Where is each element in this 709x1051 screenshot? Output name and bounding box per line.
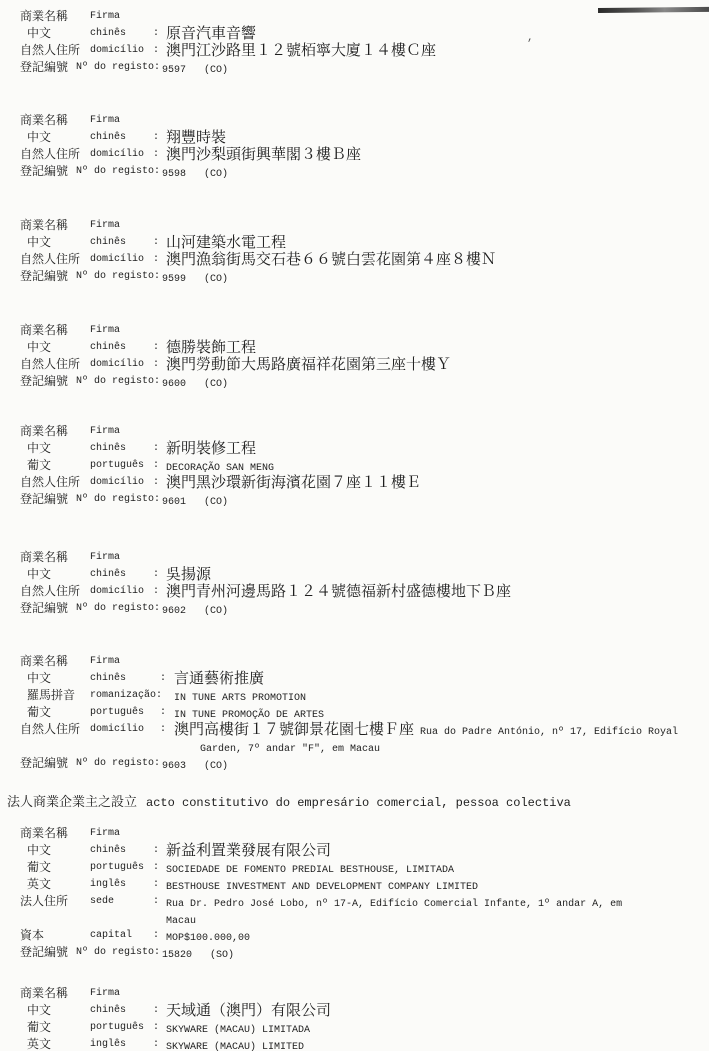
- field-label-zh: 中文: [27, 340, 51, 355]
- field-row: 中文chinês:原音汽車音響: [0, 25, 709, 42]
- field-row: 法人住所sede:Rua Dr. Pedro José Lobo, nº 17-…: [0, 893, 709, 910]
- field-value: 澳門黑沙環新街海濱花園７座１１樓Ｅ: [166, 474, 421, 491]
- field-label-pt: chinês: [90, 237, 126, 249]
- field-row: 中文chinês:言通藝術推廣: [0, 670, 709, 687]
- field-label-zh: 自然人住所: [20, 252, 80, 267]
- field-value-latin: 9599 (CO): [162, 274, 228, 285]
- field-value-chinese: 澳門勞動節大馬路廣福祥花園第三座十樓Ｙ: [166, 356, 451, 373]
- field-label-zh: 登記編號: [20, 601, 68, 616]
- record-9600: 商業名稱Firma中文chinês:德勝裝飾工程自然人住所domicílio:澳…: [0, 322, 709, 390]
- field-label-zh: 羅馬拼音: [27, 688, 75, 703]
- field-label-pt: Nº do registo:: [76, 603, 160, 615]
- field-row: 商業名稱Firma: [0, 653, 709, 670]
- record-skyware: 商業名稱Firma中文chinês:天域通（澳門）有限公司葡文português…: [0, 985, 709, 1051]
- field-value-chinese: 澳門江沙路里１２號栢寧大廈１４樓Ｃ座: [166, 42, 436, 59]
- field-value-latin: SKYWARE (MACAU) LIMITADA: [166, 1025, 310, 1036]
- field-label-zh: 葡文: [27, 705, 51, 720]
- field-label-zh: 登記編號: [20, 492, 68, 507]
- field-value: 15820 (SO): [162, 944, 234, 964]
- field-label-zh: 商業名稱: [20, 986, 68, 1001]
- field-label-pt: domicílio: [90, 254, 144, 266]
- field-label-zh: 葡文: [27, 860, 51, 875]
- field-value-latin: MOP$100.000,00: [166, 933, 250, 944]
- field-label-zh: 自然人住所: [20, 43, 80, 58]
- field-label-pt: Nº do registo:: [76, 758, 160, 770]
- field-row: 中文chinês:吳揚源: [0, 566, 709, 583]
- field-value-chinese: 澳門黑沙環新街海濱花園７座１１樓Ｅ: [166, 474, 421, 491]
- field-row: 商業名稱Firma: [0, 217, 709, 234]
- field-value: 原音汽車音響: [166, 25, 256, 42]
- separator-colon: :: [153, 1022, 159, 1034]
- record-9599: 商業名稱Firma中文chinês:山河建築水電工程自然人住所domicílio…: [0, 217, 709, 285]
- field-label-zh: 中文: [27, 567, 51, 582]
- separator-colon: :: [160, 724, 166, 736]
- field-row: 登記編號Nº do registo:9601 (CO): [0, 491, 709, 508]
- field-row: 商業名稱Firma: [0, 8, 709, 25]
- field-label-pt: Firma: [90, 656, 120, 668]
- field-label-pt: Nº do registo:: [76, 62, 160, 74]
- field-value-chinese: 德勝裝飾工程: [166, 339, 256, 356]
- field-label-pt: domicílio: [90, 359, 144, 371]
- field-row: 中文chinês:天域通（澳門）有限公司: [0, 1002, 709, 1019]
- field-label-zh: 英文: [27, 877, 51, 892]
- field-row: 資本capital:MOP$100.000,00: [0, 927, 709, 944]
- record-9597: 商業名稱Firma中文chinês:原音汽車音響自然人住所domicílio:澳…: [0, 8, 709, 76]
- field-value: 澳門青州河邊馬路１２４號德福新村盛德樓地下Ｂ座: [166, 583, 511, 600]
- field-label-pt: domicílio: [90, 149, 144, 161]
- field-row: 登記編號Nº do registo:9602 (CO): [0, 600, 709, 617]
- field-value-chinese: 翔豐時裝: [166, 129, 226, 146]
- separator-colon: :: [153, 132, 159, 144]
- field-value-latin: DECORAÇÃO SAN MENG: [166, 463, 274, 474]
- heading-label-pt: acto constitutivo do empresário comercia…: [146, 795, 571, 812]
- field-label-zh: 商業名稱: [20, 424, 68, 439]
- field-row: 英文inglês:BESTHOUSE INVESTMENT AND DEVELO…: [0, 876, 709, 893]
- field-value: 澳門江沙路里１２號栢寧大廈１４樓Ｃ座: [166, 42, 436, 59]
- field-label-zh: 自然人住所: [20, 357, 80, 372]
- field-row-continuation: Garden, 7º andar "F", em Macau: [0, 738, 709, 755]
- field-row: 登記編號Nº do registo:9600 (CO): [0, 373, 709, 390]
- field-row-continuation: Macau: [0, 910, 709, 927]
- field-row: 自然人住所domicílio:澳門勞動節大馬路廣福祥花園第三座十樓Ｙ: [0, 356, 709, 373]
- field-label-zh: 商業名稱: [20, 550, 68, 565]
- field-label-zh: 登記編號: [20, 945, 68, 960]
- field-label-pt: capital: [90, 930, 132, 942]
- field-row: 羅馬拼音romanização:IN TUNE ARTS PROMOTION: [0, 687, 709, 704]
- field-label-pt: domicílio: [90, 724, 144, 736]
- field-value: 天域通（澳門）有限公司: [166, 1002, 331, 1019]
- field-label-pt: Firma: [90, 988, 120, 1000]
- field-label-pt: domicílio: [90, 586, 144, 598]
- field-row: 自然人住所domicílio:澳門高樓街１７號御景花園七樓Ｆ座 Rua do P…: [0, 721, 709, 738]
- field-value-chinese: 原音汽車音響: [166, 25, 256, 42]
- separator-colon: :: [160, 707, 166, 719]
- field-value: 德勝裝飾工程: [166, 339, 256, 356]
- heading-label-zh: 法人商業企業主之設立: [7, 793, 137, 810]
- separator-colon: :: [153, 862, 159, 874]
- separator-colon: :: [153, 45, 159, 57]
- field-value: 9597 (CO): [162, 59, 228, 79]
- section-heading-pessoa-colectiva: 法人商業企業主之設立acto constitutivo do empresári…: [0, 793, 709, 810]
- field-label-zh: 商業名稱: [20, 9, 68, 24]
- field-label-zh: 自然人住所: [20, 584, 80, 599]
- field-row: 中文chinês:山河建築水電工程: [0, 234, 709, 251]
- separator-colon: :: [153, 930, 159, 942]
- record-9603: 商業名稱Firma中文chinês:言通藝術推廣羅馬拼音romanização:…: [0, 653, 709, 772]
- field-label-zh: 中文: [27, 671, 51, 686]
- field-value-chinese: 新益利置業發展有限公司: [166, 842, 331, 859]
- field-value: 言通藝術推廣: [174, 670, 264, 687]
- field-label-zh: 中文: [27, 1003, 51, 1018]
- heading-row: 法人商業企業主之設立acto constitutivo do empresári…: [0, 793, 709, 810]
- separator-colon: :: [153, 879, 159, 891]
- field-row: 中文chinês:新益利置業發展有限公司: [0, 842, 709, 859]
- field-value-chinese: 山河建築水電工程: [166, 234, 286, 251]
- field-label-pt: Firma: [90, 325, 120, 337]
- field-label-pt: domicílio: [90, 477, 144, 489]
- field-value: 澳門沙梨頭街興華閣３樓Ｂ座: [166, 146, 361, 163]
- field-row: 登記編號Nº do registo:9597 (CO): [0, 59, 709, 76]
- field-row: 中文chinês:德勝裝飾工程: [0, 339, 709, 356]
- field-label-pt: Nº do registo:: [76, 166, 160, 178]
- field-row: 中文chinês:新明裝修工程: [0, 440, 709, 457]
- field-label-pt: Nº do registo:: [76, 947, 160, 959]
- field-row: 登記編號Nº do registo:9599 (CO): [0, 268, 709, 285]
- field-value: SKYWARE (MACAU) LIMITED: [166, 1036, 304, 1051]
- separator-colon: :: [153, 254, 159, 266]
- field-value-latin: IN TUNE PROMOÇÃO DE ARTES: [174, 710, 324, 721]
- field-value-latin: 9602 (CO): [162, 606, 228, 617]
- field-row: 商業名稱Firma: [0, 549, 709, 566]
- field-row: 商業名稱Firma: [0, 985, 709, 1002]
- field-value-latin: SOCIEDADE DE FOMENTO PREDIAL BESTHOUSE, …: [166, 865, 454, 876]
- separator-colon: :: [153, 1005, 159, 1017]
- field-value: 9602 (CO): [162, 600, 228, 620]
- field-row: 葡文português:IN TUNE PROMOÇÃO DE ARTES: [0, 704, 709, 721]
- separator-colon: :: [160, 673, 166, 685]
- field-label-zh: 法人住所: [20, 894, 68, 909]
- field-value: 9599 (CO): [162, 268, 228, 288]
- separator-colon: :: [153, 28, 159, 40]
- field-value-latin: SKYWARE (MACAU) LIMITED: [166, 1042, 304, 1051]
- field-label-pt: português: [90, 460, 144, 472]
- field-label-pt: chinês: [90, 28, 126, 40]
- field-label-pt: chinês: [90, 845, 126, 857]
- field-label-pt: português: [90, 707, 144, 719]
- field-row: 自然人住所domicílio:澳門漁翁街馬交石巷６６號白雲花園第４座８樓Ｎ: [0, 251, 709, 268]
- field-value-chinese: 吳揚源: [166, 566, 211, 583]
- field-label-zh: 中文: [27, 441, 51, 456]
- field-row: 葡文português:SKYWARE (MACAU) LIMITADA: [0, 1019, 709, 1036]
- separator-colon: :: [153, 569, 159, 581]
- field-value: 翔豐時裝: [166, 129, 226, 146]
- field-label-pt: Firma: [90, 828, 120, 840]
- field-row: 自然人住所domicílio:澳門江沙路里１２號栢寧大廈１４樓Ｃ座: [0, 42, 709, 59]
- field-value-chinese: 澳門青州河邊馬路１２４號德福新村盛德樓地下Ｂ座: [166, 583, 511, 600]
- record-15820: 商業名稱Firma中文chinês:新益利置業發展有限公司葡文português…: [0, 825, 709, 961]
- separator-colon: :: [153, 149, 159, 161]
- field-label-zh: 商業名稱: [20, 826, 68, 841]
- field-value: 9601 (CO): [162, 491, 228, 511]
- field-label-pt: chinês: [90, 569, 126, 581]
- field-label-pt: chinês: [90, 342, 126, 354]
- field-label-pt: chinês: [90, 443, 126, 455]
- field-value: 山河建築水電工程: [166, 234, 286, 251]
- field-value-latin: 15820 (SO): [162, 950, 234, 961]
- field-row: 自然人住所domicílio:澳門青州河邊馬路１２４號德福新村盛德樓地下Ｂ座: [0, 583, 709, 600]
- scanned-registry-page: , 商業名稱Firma中文chinês:原音汽車音響自然人住所domicílio…: [0, 8, 709, 1051]
- record-9601: 商業名稱Firma中文chinês:新明裝修工程葡文português:DECO…: [0, 423, 709, 508]
- field-label-pt: domicílio: [90, 45, 144, 57]
- field-value-latin: IN TUNE ARTS PROMOTION: [174, 693, 306, 704]
- field-value-latin: 9597 (CO): [162, 65, 228, 76]
- field-row: 商業名稱Firma: [0, 112, 709, 129]
- field-row: 葡文português:SOCIEDADE DE FOMENTO PREDIAL…: [0, 859, 709, 876]
- field-value-chinese: 澳門沙梨頭街興華閣３樓Ｂ座: [166, 146, 361, 163]
- field-label-zh: 商業名稱: [20, 218, 68, 233]
- field-value-latin: Rua do Padre António, nº 17, Edifício Ro…: [414, 727, 678, 738]
- field-row: 自然人住所domicílio:澳門沙梨頭街興華閣３樓Ｂ座: [0, 146, 709, 163]
- field-label-zh: 自然人住所: [20, 722, 80, 737]
- field-label-zh: 中文: [27, 843, 51, 858]
- separator-colon: :: [153, 359, 159, 371]
- field-value-chinese: 澳門高樓街１７號御景花園七樓Ｆ座: [174, 721, 414, 738]
- separator-colon: :: [153, 477, 159, 489]
- field-label-pt: inglês: [90, 1039, 126, 1051]
- field-label-pt: português: [90, 862, 144, 874]
- field-label-zh: 資本: [20, 928, 44, 943]
- field-label-zh: 中文: [27, 235, 51, 250]
- field-row: 登記編號Nº do registo:9598 (CO): [0, 163, 709, 180]
- field-label-pt: português: [90, 1022, 144, 1034]
- field-label-pt: Firma: [90, 552, 120, 564]
- field-label-pt: romanização:: [90, 690, 162, 702]
- separator-colon: :: [153, 443, 159, 455]
- field-label-zh: 自然人住所: [20, 475, 80, 490]
- field-label-pt: Firma: [90, 11, 120, 23]
- field-label-zh: 中文: [27, 26, 51, 41]
- field-value: 吳揚源: [166, 566, 211, 583]
- records-container: 商業名稱Firma中文chinês:原音汽車音響自然人住所domicílio:澳…: [0, 8, 709, 1051]
- field-label-zh: 登記編號: [20, 374, 68, 389]
- field-value-chinese: 澳門漁翁街馬交石巷６６號白雲花園第４座８樓Ｎ: [166, 251, 496, 268]
- field-row: 自然人住所domicílio:澳門黑沙環新街海濱花園７座１１樓Ｅ: [0, 474, 709, 491]
- field-row: 登記編號Nº do registo:15820 (SO): [0, 944, 709, 961]
- field-value-latin: Rua Dr. Pedro José Lobo, nº 17-A, Edifíc…: [166, 899, 622, 910]
- field-label-pt: inglês: [90, 879, 126, 891]
- field-label-pt: sede: [90, 896, 114, 908]
- field-value-latin: 9601 (CO): [162, 497, 228, 508]
- field-label-zh: 商業名稱: [20, 654, 68, 669]
- field-label-zh: 自然人住所: [20, 147, 80, 162]
- field-label-zh: 英文: [27, 1037, 51, 1051]
- field-row: 商業名稱Firma: [0, 423, 709, 440]
- field-value-latin: BESTHOUSE INVESTMENT AND DEVELOPMENT COM…: [166, 882, 478, 893]
- field-label-pt: Firma: [90, 115, 120, 127]
- field-value: 9600 (CO): [162, 373, 228, 393]
- field-label-zh: 商業名稱: [20, 113, 68, 128]
- field-label-zh: 葡文: [27, 458, 51, 473]
- record-9602: 商業名稱Firma中文chinês:吳揚源自然人住所domicílio:澳門青州…: [0, 549, 709, 617]
- field-row: 英文inglês:SKYWARE (MACAU) LIMITED: [0, 1036, 709, 1051]
- field-value-chinese: 天域通（澳門）有限公司: [166, 1002, 331, 1019]
- field-value: 澳門漁翁街馬交石巷６６號白雲花園第４座８樓Ｎ: [166, 251, 496, 268]
- separator-colon: :: [153, 460, 159, 472]
- field-value-chinese: 言通藝術推廣: [174, 670, 264, 687]
- field-label-zh: 登記編號: [20, 164, 68, 179]
- field-value: 9603 (CO): [162, 755, 228, 775]
- field-label-pt: chinês: [90, 132, 126, 144]
- field-row: 商業名稱Firma: [0, 322, 709, 339]
- separator-colon: :: [153, 586, 159, 598]
- field-value-latin: 9603 (CO): [162, 761, 228, 772]
- separator-colon: :: [153, 237, 159, 249]
- field-value: 新明裝修工程: [166, 440, 256, 457]
- field-value: 澳門勞動節大馬路廣福祥花園第三座十樓Ｙ: [166, 356, 451, 373]
- field-value-latin: 9600 (CO): [162, 379, 228, 390]
- field-row: 商業名稱Firma: [0, 825, 709, 842]
- field-value: 9598 (CO): [162, 163, 228, 183]
- field-label-zh: 中文: [27, 130, 51, 145]
- separator-colon: :: [153, 896, 159, 908]
- field-label-pt: Nº do registo:: [76, 376, 160, 388]
- field-label-zh: 登記編號: [20, 60, 68, 75]
- separator-colon: :: [153, 1039, 159, 1051]
- separator-colon: :: [153, 845, 159, 857]
- field-label-pt: Firma: [90, 426, 120, 438]
- field-value: 新益利置業發展有限公司: [166, 842, 331, 859]
- field-row: 登記編號Nº do registo:9603 (CO): [0, 755, 709, 772]
- field-label-zh: 商業名稱: [20, 323, 68, 338]
- field-label-zh: 登記編號: [20, 269, 68, 284]
- field-row: 中文chinês:翔豐時裝: [0, 129, 709, 146]
- record-9598: 商業名稱Firma中文chinês:翔豐時裝自然人住所domicílio:澳門沙…: [0, 112, 709, 180]
- field-row: 葡文português:DECORAÇÃO SAN MENG: [0, 457, 709, 474]
- separator-colon: :: [153, 342, 159, 354]
- field-label-pt: chinês: [90, 673, 126, 685]
- field-value-chinese: 新明裝修工程: [166, 440, 256, 457]
- field-label-zh: 葡文: [27, 1020, 51, 1035]
- field-label-pt: Nº do registo:: [76, 271, 160, 283]
- field-label-pt: chinês: [90, 1005, 126, 1017]
- field-label-pt: Nº do registo:: [76, 494, 160, 506]
- field-label-zh: 登記編號: [20, 756, 68, 771]
- field-label-pt: Firma: [90, 220, 120, 232]
- field-value-latin: 9598 (CO): [162, 169, 228, 180]
